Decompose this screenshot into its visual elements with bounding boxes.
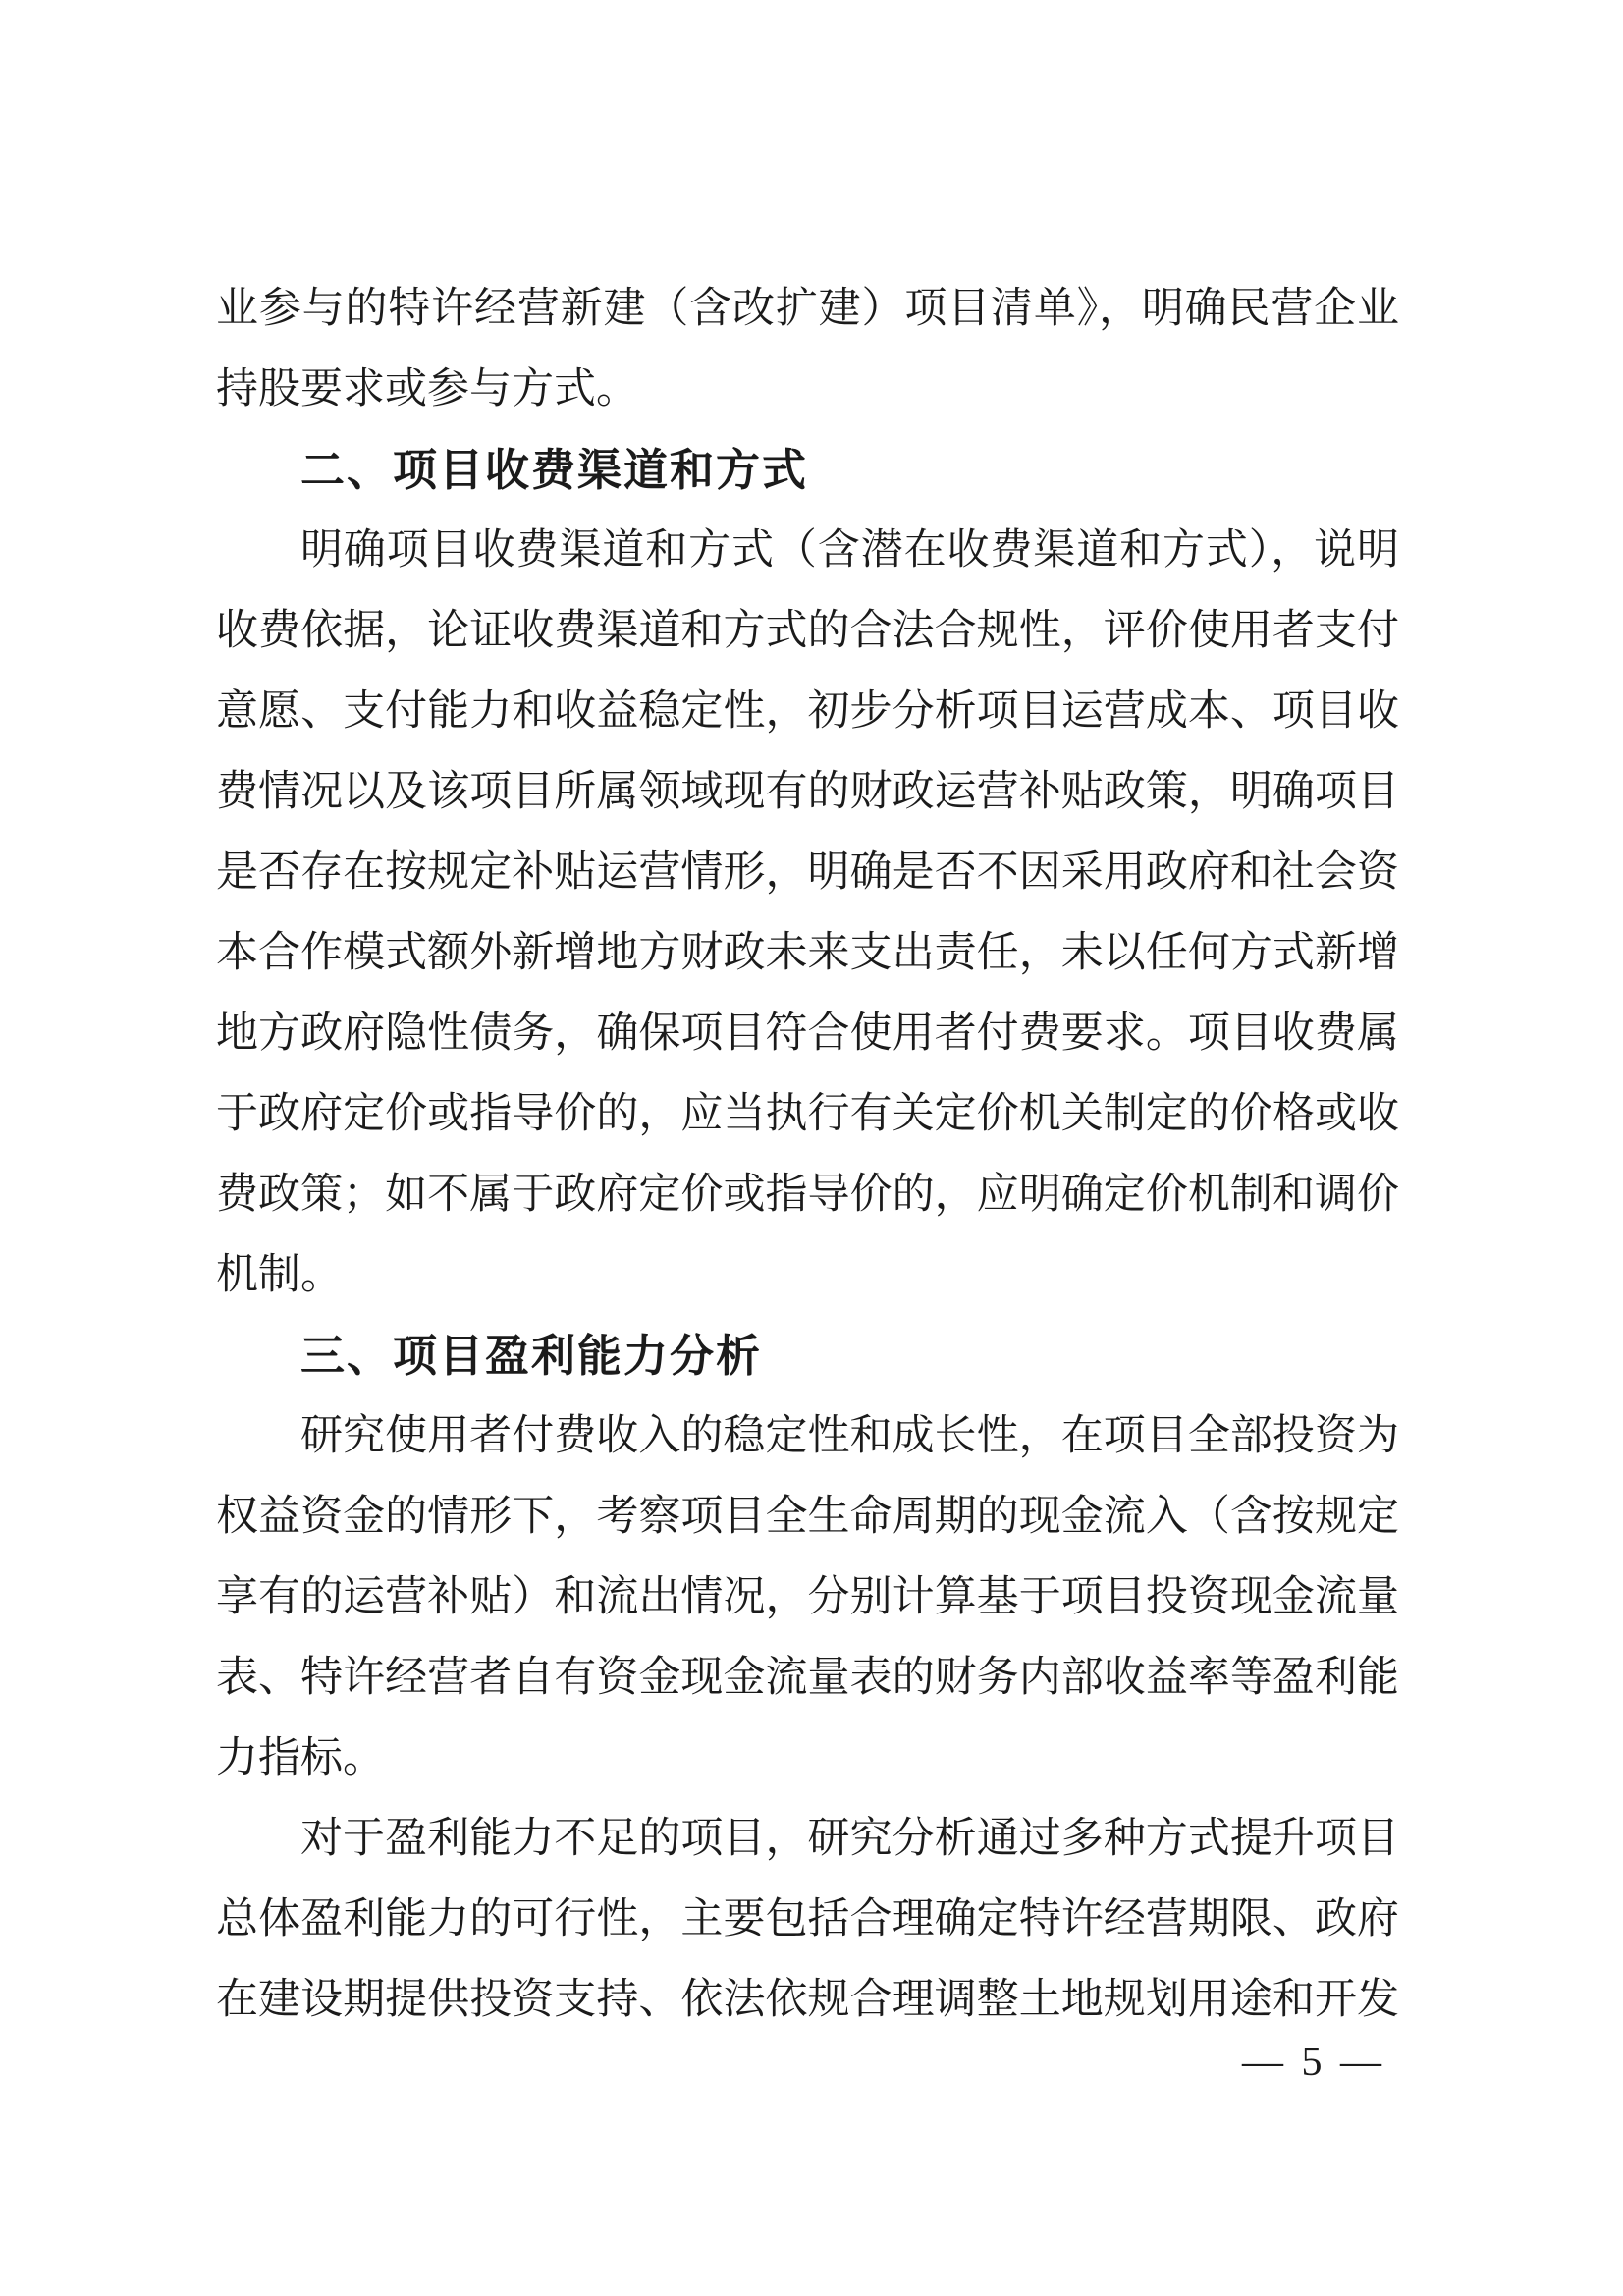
body-text-line: 意愿、支付能力和收益稳定性，初步分析项目运营成本、项目收 xyxy=(216,672,1399,752)
body-text-line: 机制。 xyxy=(216,1235,1399,1316)
body-text-line: 收费依据，论证收费渠道和方式的合法合规性，评价使用者支付 xyxy=(216,591,1399,672)
body-text-line: 费情况以及该项目所属领域现有的财政运营补贴政策，明确项目 xyxy=(216,752,1399,833)
body-text-line: 是否存在按规定补贴运营情形，明确是否不因采用政府和社会资 xyxy=(216,833,1399,913)
body-text-line: 本合作模式额外新增地方财政未来支出责任，未以任何方式新增 xyxy=(216,913,1399,994)
body-text-line: 于政府定价或指导价的，应当执行有关定价机关制定的价格或收 xyxy=(216,1074,1399,1155)
body-text-line: 业参与的特许经营新建（含改扩建）项目清单》，明确民营企业 xyxy=(216,269,1399,350)
body-text-line: 持股要求或参与方式。 xyxy=(216,350,1399,430)
body-text-line: 研究使用者付费收入的稳定性和成长性，在项目全部投资为 xyxy=(216,1396,1399,1477)
page-number: — 5 — xyxy=(1242,2035,1385,2090)
body-text-line: 权益资金的情形下，考察项目全生命周期的现金流入（含按规定 xyxy=(216,1477,1399,1558)
body-text-line: 明确项目收费渠道和方式（含潜在收费渠道和方式），说明 xyxy=(216,511,1399,591)
body-text-line: 对于盈利能力不足的项目，研究分析通过多种方式提升项目 xyxy=(216,1799,1399,1880)
body-text-line: 在建设期提供投资支持、依法依规合理调整土地规划用途和开发 xyxy=(216,1960,1399,2041)
body-text-line: 表、特许经营者自有资金现金流量表的财务内部收益率等盈利能 xyxy=(216,1638,1399,1719)
document-page: 业参与的特许经营新建（含改扩建）项目清单》，明确民营企业持股要求或参与方式。二、… xyxy=(0,0,1623,2296)
document-body: 业参与的特许经营新建（含改扩建）项目清单》，明确民营企业持股要求或参与方式。二、… xyxy=(216,269,1399,2041)
body-text-line: 地方政府隐性债务，确保项目符合使用者付费要求。项目收费属 xyxy=(216,994,1399,1074)
section-heading: 三、项目盈利能力分析 xyxy=(216,1316,1399,1396)
body-text-line: 力指标。 xyxy=(216,1719,1399,1799)
body-text-line: 总体盈利能力的可行性，主要包括合理确定特许经营期限、政府 xyxy=(216,1880,1399,1960)
section-heading: 二、项目收费渠道和方式 xyxy=(216,430,1399,511)
body-text-line: 享有的运营补贴）和流出情况，分别计算基于项目投资现金流量 xyxy=(216,1558,1399,1638)
body-text-line: 费政策；如不属于政府定价或指导价的，应明确定价机制和调价 xyxy=(216,1155,1399,1235)
